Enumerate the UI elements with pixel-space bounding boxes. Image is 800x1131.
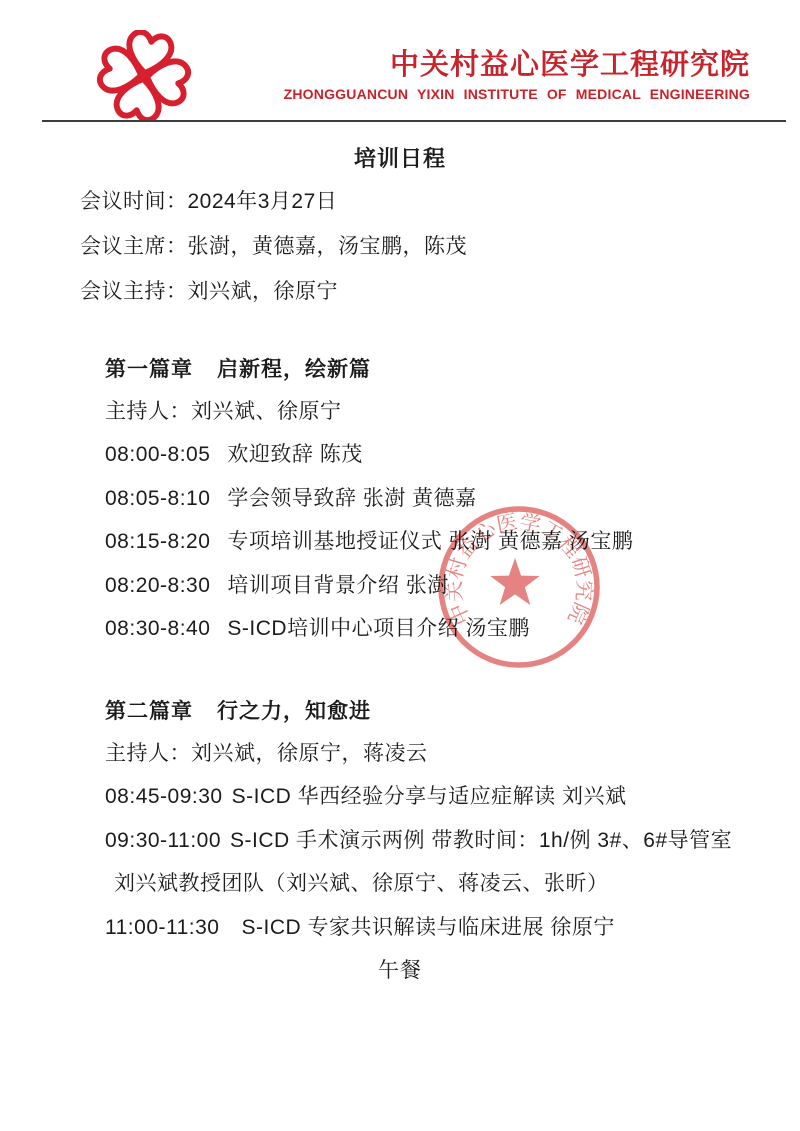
moderators-line: 主持人：刘兴斌，徐原宁，蒋凌云 [105, 742, 800, 766]
item-desc: 学会领导致辞 张澍 黄德嘉 [227, 487, 476, 510]
org-name-english: ZHONGGUANCUN YIXIN INSTITUTE OF MEDICAL … [284, 86, 750, 102]
schedule-item: 08:05-8:10学会领导致辞 张澍 黄德嘉 [105, 487, 800, 511]
item-time: 09:30-11:00 [105, 829, 221, 852]
item-time: 11:00-11:30 [105, 916, 219, 939]
item-desc: S-ICD 手术演示两例 带教时间：1h/例 3#、6#导管室 [230, 829, 732, 852]
meta-label: 会议主持： [80, 280, 188, 303]
item-desc: 欢迎致辞 陈茂 [227, 443, 362, 466]
schedule-item: 08:15-8:20专项培训基地授证仪式 张澍 黄德嘉 汤宝鹏 [105, 530, 800, 554]
header-divider [42, 120, 786, 122]
schedule-item-continuation: 刘兴斌教授团队（刘兴斌、徐原宁、蒋凌云、张昕） [105, 872, 800, 896]
schedule-item: 08:30-8:40S-ICD培训中心项目介绍 汤宝鹏 [105, 617, 800, 641]
item-desc: S-ICD 专家共识解读与临床进展 徐原宁 [241, 916, 614, 939]
item-desc: 专项培训基地授证仪式 张澍 黄德嘉 汤宝鹏 [227, 530, 633, 553]
meta-value: 2024年3月27日 [188, 190, 338, 213]
schedule-item: 08:45-09:30S-ICD 华西经验分享与适应症解读 刘兴斌 [105, 785, 800, 809]
schedule-item: 09:30-11:00S-ICD 手术演示两例 带教时间：1h/例 3#、6#导… [105, 829, 800, 853]
chapter-title: 启新程，绘新篇 [217, 358, 371, 381]
doc-title: 培训日程 [0, 147, 800, 171]
meta-label: 会议主席： [80, 235, 188, 258]
item-time: 08:45-09:30 [105, 785, 223, 808]
moderators-line: 主持人：刘兴斌、徐原宁 [105, 400, 800, 424]
meta-line-chairs: 会议主席：张澍，黄德嘉，汤宝鹏，陈茂 [80, 235, 800, 259]
section-chapter-2: 第二篇章行之力，知愈进 主持人：刘兴斌，徐原宁，蒋凌云 08:45-09:30S… [0, 700, 800, 940]
document-page: 中关村益心医学工程研究院 ZHONGGUANCUN YIXIN INSTITUT… [0, 0, 800, 1131]
item-time: 08:00-8:05 [105, 443, 210, 466]
org-logo-clover-icon [92, 30, 196, 122]
meta-line-hosts: 会议主持：刘兴斌，徐原宁 [80, 280, 800, 304]
org-name-chinese: 中关村益心医学工程研究院 [284, 48, 750, 82]
chapter-label: 第二篇章 [105, 700, 193, 723]
lunch-label: 午餐 [0, 959, 800, 983]
item-desc: 培训项目背景介绍 张澍 [227, 574, 448, 597]
schedule-item: 08:20-8:30培训项目背景介绍 张澍 [105, 574, 800, 598]
schedule-item: 08:00-8:05欢迎致辞 陈茂 [105, 443, 800, 467]
item-desc: S-ICD培训中心项目介绍 汤宝鹏 [227, 617, 530, 640]
schedule-item: 11:00-11:30S-ICD 专家共识解读与临床进展 徐原宁 [105, 916, 800, 940]
chapter-2-heading: 第二篇章行之力，知愈进 [105, 700, 800, 724]
item-time: 08:20-8:30 [105, 574, 210, 597]
item-desc: S-ICD 华西经验分享与适应症解读 刘兴斌 [232, 785, 627, 808]
org-names: 中关村益心医学工程研究院 ZHONGGUANCUN YIXIN INSTITUT… [284, 48, 750, 102]
chapter-1-heading: 第一篇章启新程，绘新篇 [105, 358, 800, 382]
meta-label: 会议时间： [80, 190, 188, 213]
meta-value: 张澍，黄德嘉，汤宝鹏，陈茂 [188, 235, 468, 258]
meta-value: 刘兴斌，徐原宁 [188, 280, 339, 303]
item-time: 08:05-8:10 [105, 487, 210, 510]
letterhead: 中关村益心医学工程研究院 ZHONGGUANCUN YIXIN INSTITUT… [0, 0, 800, 122]
meeting-meta: 会议时间：2024年3月27日 会议主席：张澍，黄德嘉，汤宝鹏，陈茂 会议主持：… [0, 190, 800, 304]
section-chapter-1: 第一篇章启新程，绘新篇 主持人：刘兴斌、徐原宁 08:00-8:05欢迎致辞 陈… [0, 358, 800, 641]
item-time: 08:15-8:20 [105, 530, 210, 553]
item-desc: 刘兴斌教授团队（刘兴斌、徐原宁、蒋凌云、张昕） [114, 872, 609, 895]
item-time: 08:30-8:40 [105, 617, 210, 640]
meta-line-time: 会议时间：2024年3月27日 [80, 190, 800, 214]
chapter-label: 第一篇章 [105, 358, 193, 381]
chapter-title: 行之力，知愈进 [217, 700, 371, 723]
